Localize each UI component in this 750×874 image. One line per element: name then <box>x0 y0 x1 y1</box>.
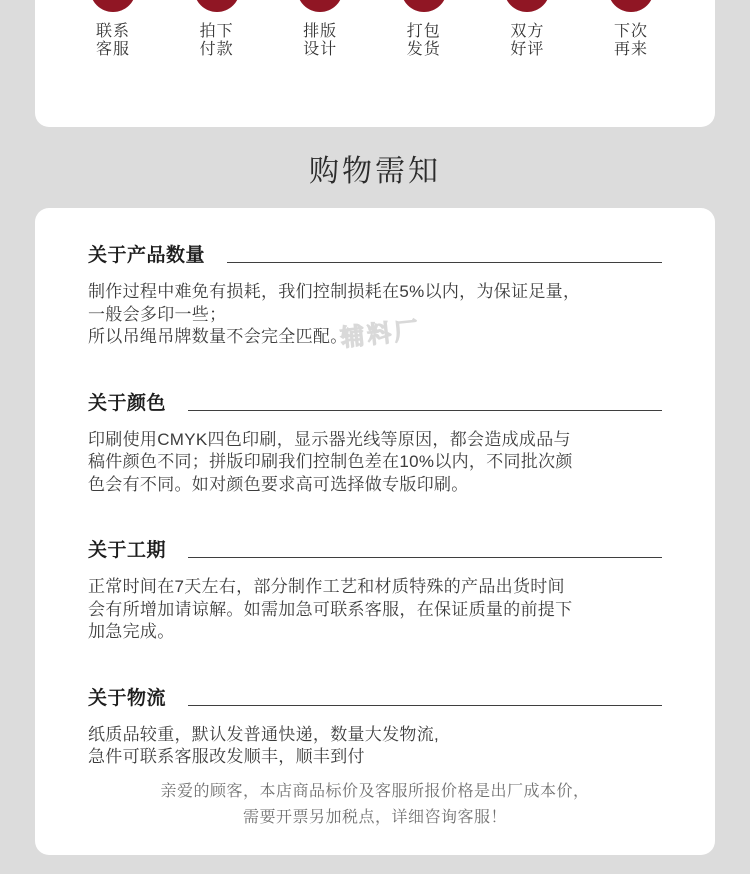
section-logistics: 关于物流 纸质品较重，默认发普通快递，数量大发物流, 急件可联系客服改发顺丰，顺… <box>88 688 662 769</box>
section-heading: 关于工期 <box>88 540 166 562</box>
process-flow-card: 联系客服 拍下付款 排版设计 打包发货 双方好评 下次再来 <box>35 0 715 127</box>
section-head: 关于颜色 <box>88 393 662 415</box>
step-label: 排版设计 <box>303 23 337 59</box>
step-label: 双方好评 <box>510 23 544 59</box>
section-color: 关于颜色 印刷使用CMYK四色印刷，显示器光线等原因，都会造成成品与 稿件颜色不… <box>88 393 662 497</box>
section-lead-time: 关于工期 正常时间在7天左右，部分制作工艺和材质特殊的产品出货时间 会有所增加请… <box>88 540 662 644</box>
section-text-line: 正常时间在7天左右，部分制作工艺和材质特殊的产品出货时间 <box>88 576 662 599</box>
step-label: 拍下付款 <box>200 23 234 59</box>
section-product-quantity: 关于产品数量 制作过程中难免有损耗，我们控制损耗在5%以内，为保证足量， 一般会… <box>88 245 662 349</box>
section-heading: 关于颜色 <box>88 393 166 415</box>
step-circle-icon <box>90 0 136 12</box>
section-head: 关于工期 <box>88 540 662 562</box>
section-heading: 关于物流 <box>88 688 166 710</box>
section-text-line: 色会有不同。如对颜色要求高可选择做专版印刷。 <box>88 474 662 497</box>
page-title: 购物需知 <box>309 146 441 190</box>
process-step-mutual-review: 双方好评 <box>501 0 553 127</box>
section-text-line: 一般会多印一些； <box>88 304 662 327</box>
price-disclaimer: 亲爱的顾客，本店商品标价及客服所报价格是出厂成本价， 需要开票另加税点，详细咨询… <box>88 779 662 831</box>
section-text-line: 加急完成。 <box>88 621 662 644</box>
step-label: 下次再来 <box>614 23 648 59</box>
section-heading: 关于产品数量 <box>88 245 205 267</box>
heading-rule <box>188 410 662 411</box>
process-step-layout-design: 排版设计 <box>294 0 346 127</box>
title-band: 购物需知 <box>0 127 750 208</box>
section-text-line: 纸质品较重，默认发普通快递，数量大发物流, <box>88 724 662 747</box>
process-step-pack-ship: 打包发货 <box>398 0 450 127</box>
process-step-come-again: 下次再来 <box>605 0 657 127</box>
section-text-line: 制作过程中难免有损耗，我们控制损耗在5%以内，为保证足量， <box>88 281 662 304</box>
section-text-line: 所以吊绳吊牌数量不会完全匹配。 <box>88 326 662 349</box>
section-text-line: 急件可联系客服改发顺丰，顺丰到付 <box>88 746 662 769</box>
step-circle-icon <box>504 0 550 12</box>
section-text-line: 印刷使用CMYK四色印刷，显示器光线等原因，都会造成成品与 <box>88 429 662 452</box>
section-head: 关于物流 <box>88 688 662 710</box>
section-head: 关于产品数量 <box>88 245 662 267</box>
heading-rule <box>188 557 662 558</box>
heading-rule <box>188 705 662 706</box>
shopping-notice-card: 辅料厂 关于产品数量 制作过程中难免有损耗，我们控制损耗在5%以内，为保证足量，… <box>35 208 715 855</box>
step-circle-icon <box>401 0 447 12</box>
process-step-order-pay: 拍下付款 <box>191 0 243 127</box>
step-label: 打包发货 <box>407 23 441 59</box>
section-text-line: 会有所增加请谅解。如需加急可联系客服，在保证质量的前提下 <box>88 599 662 622</box>
process-step-contact-service: 联系客服 <box>87 0 139 127</box>
heading-rule <box>227 262 662 263</box>
price-disclaimer-line: 亲爱的顾客，本店商品标价及客服所报价格是出厂成本价， <box>88 779 662 805</box>
price-disclaimer-line: 需要开票另加税点，详细咨询客服！ <box>88 805 662 831</box>
step-label: 联系客服 <box>96 23 130 59</box>
step-circle-icon <box>608 0 654 12</box>
section-text-line: 稿件颜色不同；拼版印刷我们控制色差在10%以内，不同批次颜 <box>88 451 662 474</box>
step-circle-icon <box>194 0 240 12</box>
step-circle-icon <box>297 0 343 12</box>
